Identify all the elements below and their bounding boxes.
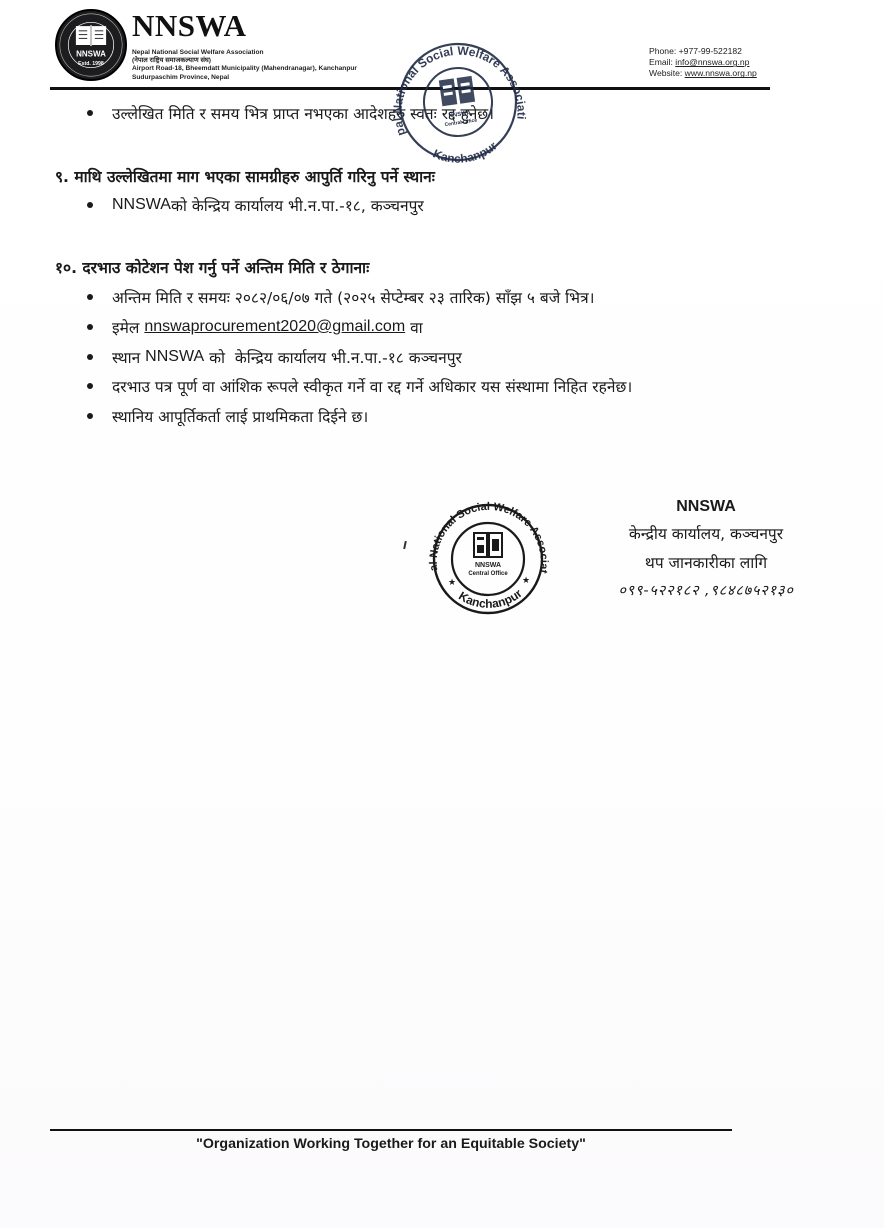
contact-phone: Phone: +977-99-522182 bbox=[649, 46, 757, 57]
list-item: स्थानिय आपूर्तिकर्ता लाई प्राथमिकता दिईन… bbox=[87, 405, 368, 427]
section-9-heading: ९. माथि उल्लेखितमा माग भएका सामग्रीहरु आ… bbox=[55, 165, 435, 187]
org-name-en: Nepal National Social Welfare Associatio… bbox=[132, 49, 357, 57]
deadline-text: अन्तिम मिति र समयः २०८२/०६/०७ गते (२०२५ … bbox=[112, 286, 595, 308]
book-emblem-icon bbox=[474, 533, 502, 557]
org-abbr: NNSWA bbox=[112, 196, 171, 214]
bullet-icon bbox=[87, 383, 93, 389]
svg-text:NNSWA: NNSWA bbox=[475, 562, 501, 569]
website-label: Website: bbox=[649, 68, 682, 78]
phone-value: +977-99-522182 bbox=[679, 46, 742, 56]
address-line-2: Sudurpaschim Province, Nepal bbox=[132, 74, 357, 82]
list-item: NNSWA को केन्द्रिय कार्यालय भी.न.पा.-१८,… bbox=[87, 194, 424, 216]
phone-label: Phone: bbox=[649, 46, 676, 56]
office-stamp-top: Nepal National Social Welfare Associatio… bbox=[372, 36, 544, 160]
signature-phones: ०९९-५२२१८२ ,९८४८७५२१३० bbox=[588, 578, 824, 604]
delivery-location: को केन्द्रिय कार्यालय भी.न.पा.-१८, कञ्चन… bbox=[171, 194, 424, 216]
procurement-email-link[interactable]: nnswaprocurement2020@gmail.com bbox=[144, 318, 405, 336]
location-prefix: स्थान bbox=[112, 346, 145, 368]
email-suffix: वा bbox=[405, 316, 423, 338]
email-link[interactable]: info@nnswa.org.np bbox=[675, 57, 749, 67]
email-label: Email: bbox=[649, 57, 673, 67]
org-details: Nepal National Social Welfare Associatio… bbox=[132, 49, 357, 82]
signature-org: NNSWA bbox=[588, 494, 824, 520]
nnswa-logo: NNSWA Estd. 1998 bbox=[55, 9, 127, 81]
list-item: अन्तिम मिति र समयः २०८२/०६/०७ गते (२०२५ … bbox=[87, 286, 595, 308]
contact-block: Phone: +977-99-522182 Email: info@nnswa.… bbox=[649, 46, 757, 80]
list-item: स्थान NNSWA को केन्द्रिय कार्यालय भी.न.प… bbox=[87, 346, 462, 368]
org-abbr: NNSWA bbox=[145, 348, 204, 366]
org-name-ne: (नेपाल राष्ट्रिय समाजकल्याण संघ) bbox=[132, 57, 357, 65]
bullet-icon bbox=[87, 110, 93, 116]
book-emblem-icon bbox=[439, 76, 475, 106]
brand-name: NNSWA bbox=[132, 10, 246, 41]
open-book-icon: NNSWA Estd. 1998 bbox=[57, 11, 125, 79]
list-item: दरभाउ पत्र पूर्ण वा आंशिक रूपले स्वीकृत … bbox=[87, 375, 632, 397]
address-line-1: Airport Road-18, Bheemdatt Municipality … bbox=[132, 65, 357, 73]
website-link[interactable]: www.nnswa.org.np bbox=[685, 68, 757, 78]
svg-text:Kanchanpur: Kanchanpur bbox=[429, 138, 501, 170]
rights-text: दरभाउ पत्र पूर्ण वा आंशिक रूपले स्वीकृत … bbox=[112, 375, 632, 397]
contact-email: Email: info@nnswa.org.np bbox=[649, 57, 757, 68]
bullet-icon bbox=[87, 294, 93, 300]
bullet-icon bbox=[87, 202, 93, 208]
svg-text:Central Office: Central Office bbox=[468, 571, 508, 577]
contact-website: Website: www.nnswa.org.np bbox=[649, 68, 757, 79]
signature-block: NNSWA केन्द्रीय कार्यालय, कञ्चनपुर थप जा… bbox=[588, 494, 824, 604]
submission-location: को केन्द्रिय कार्यालय भी.न.पा.-१८ कञ्चनप… bbox=[204, 346, 462, 368]
footer-divider bbox=[50, 1129, 732, 1131]
local-priority-text: स्थानिय आपूर्तिकर्ता लाई प्राथमिकता दिईन… bbox=[112, 405, 368, 427]
email-prefix: इमेल bbox=[112, 316, 139, 338]
bullet-icon bbox=[87, 324, 93, 330]
svg-text:Estd. 1998: Estd. 1998 bbox=[78, 61, 104, 67]
pen-mark bbox=[403, 541, 407, 549]
svg-text:NNSWA: NNSWA bbox=[76, 49, 106, 58]
bullet-icon bbox=[87, 413, 93, 419]
office-stamp: Nepal National Social Welfare Associatio… bbox=[422, 495, 554, 619]
bullet-icon bbox=[87, 354, 93, 360]
star-icon: ★ bbox=[448, 578, 456, 588]
section-10-heading: १०. दरभाउ कोटेशन पेश गर्नु पर्ने अन्तिम … bbox=[55, 256, 369, 278]
signature-office: केन्द्रीय कार्यालय, कञ्चनपुर bbox=[588, 520, 824, 549]
star-icon: ★ bbox=[522, 576, 530, 586]
list-item: इमेल nnswaprocurement2020@gmail.com वा bbox=[87, 316, 423, 338]
signature-info-label: थप जानकारीका लागि bbox=[588, 549, 824, 578]
footer-motto: "Organization Working Together for an Eq… bbox=[50, 1136, 732, 1152]
